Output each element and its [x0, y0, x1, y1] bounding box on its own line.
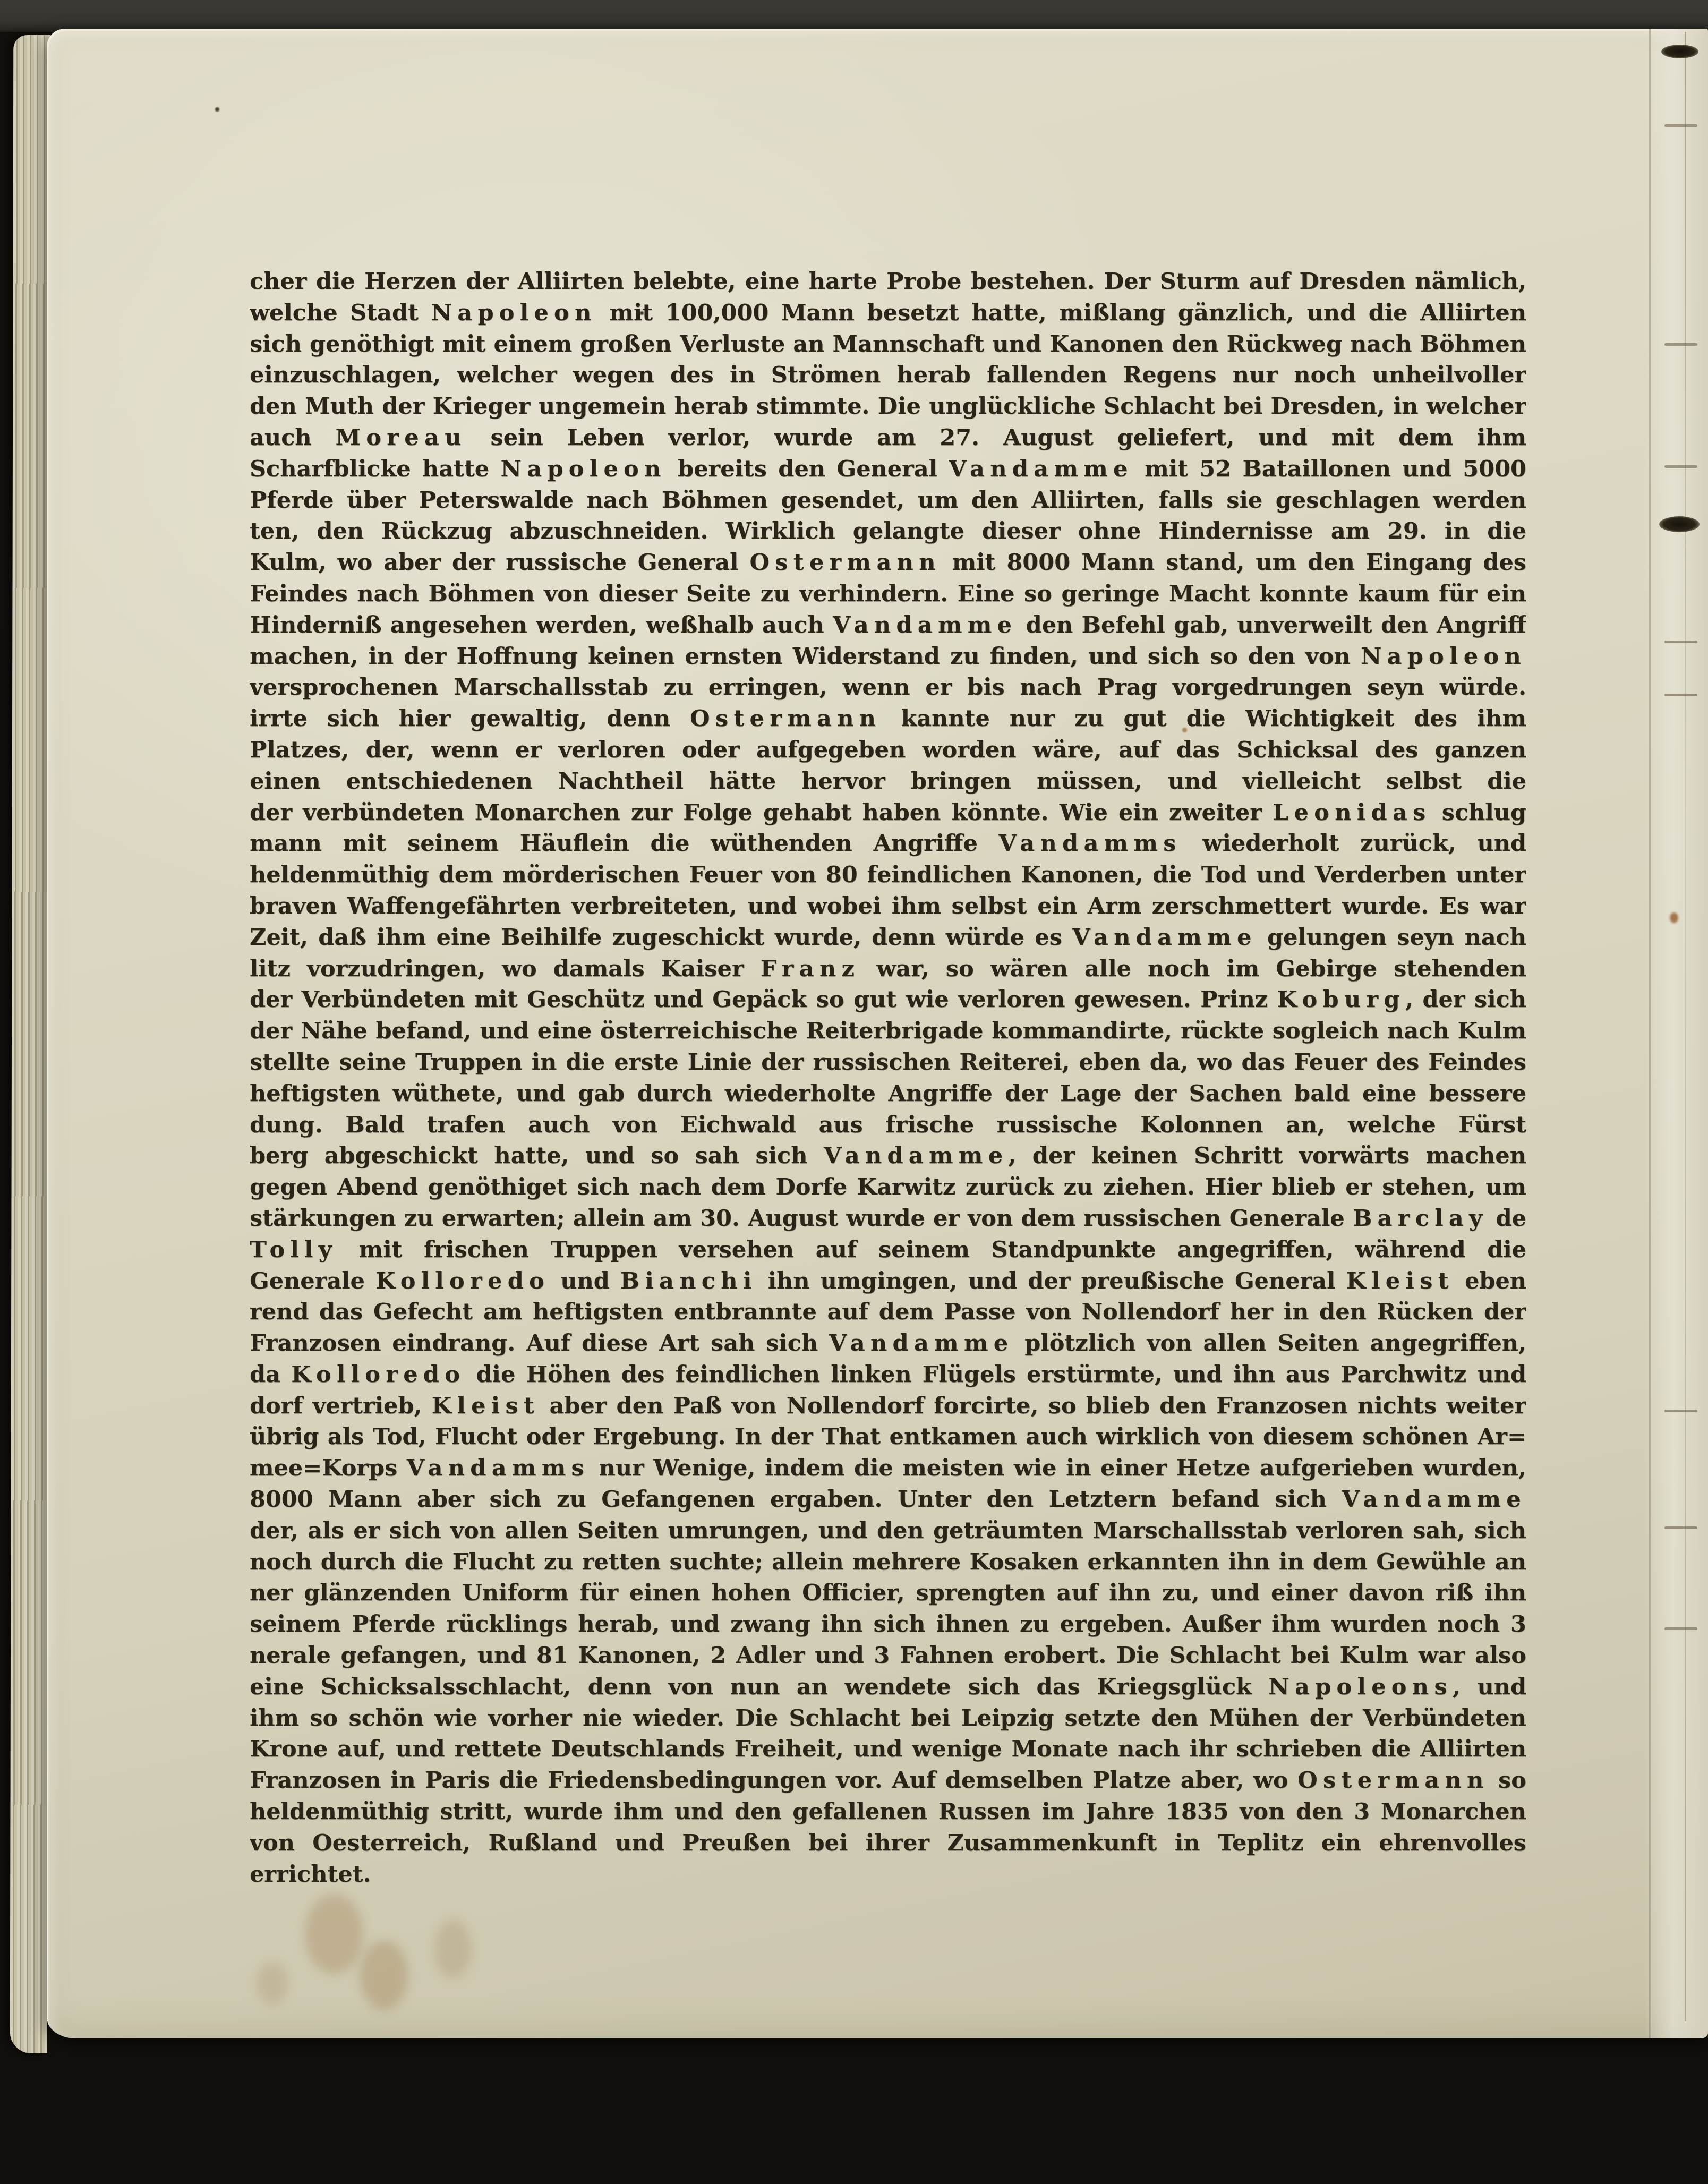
text-line: rend das Gefecht am heftigsten entbrannt…: [250, 1296, 1526, 1328]
text-line: dorf vertrieb, Kleist aber den Paß von N…: [250, 1390, 1526, 1422]
text-line: sich genöthigt mit einem großen Verluste…: [250, 329, 1526, 360]
text-line: der verbündeten Monarchen zur Folge geha…: [250, 797, 1526, 829]
text-line: Platzes, der, wenn er verloren oder aufg…: [250, 735, 1526, 766]
text-line: errichtet.: [250, 1859, 1526, 1890]
spaced-name: Vandamme: [829, 1330, 1013, 1357]
spaced-name: Kolloredo: [375, 1268, 550, 1294]
spaced-name: Bianchi: [620, 1268, 757, 1294]
stain: [434, 1919, 472, 1978]
text-line: ner glänzenden Uniform für einen hohen O…: [250, 1577, 1526, 1609]
text-line: Kulm, wo aber der russische General Oste…: [250, 547, 1526, 578]
stain: [360, 1941, 408, 2010]
text-line: stellte seine Truppen in die erste Linie…: [250, 1047, 1526, 1078]
text-line: heldenmüthig stritt, wurde ihm und den g…: [250, 1796, 1526, 1828]
text-line: Franzosen in Paris die Friedensbedingung…: [250, 1765, 1526, 1796]
text-line: eine Schicksalsschlacht, denn von nun an…: [250, 1671, 1526, 1703]
stain: [257, 1962, 288, 2004]
text-line: der Nähe befand, und eine österreichisch…: [250, 1016, 1526, 1047]
spaced-name: Koburg: [1277, 986, 1405, 1013]
gutter-band: [1644, 29, 1708, 2038]
spaced-name: Vandamme: [824, 1142, 1008, 1169]
text-line: einzuschlagen, welcher wegen des in Strö…: [250, 360, 1526, 391]
book-page: cher die Herzen der Alliirten belebte, e…: [47, 29, 1708, 2038]
text-line: Feindes nach Böhmen von dieser Seite zu …: [250, 578, 1526, 610]
spaced-name: Vandamme: [833, 612, 1017, 638]
text-line: irrte sich hier gewaltig, denn Ostermann…: [250, 703, 1526, 735]
spaced-name: Napoleon: [431, 300, 597, 326]
spaced-name: Vandamme: [949, 456, 1133, 482]
stitch-mark: [1664, 1627, 1697, 1630]
text-line: braven Waffengefährten verbreiteten, und…: [250, 891, 1526, 922]
text-line: mee=Korps Vandamms nur Wenige, indem die…: [250, 1453, 1526, 1484]
text-line: Hinderniß angesehen werden, weßhalb auch…: [250, 610, 1526, 641]
text-line: noch durch die Flucht zu retten suchte; …: [250, 1547, 1526, 1578]
spaced-name: Vandamms: [999, 830, 1182, 857]
speck: [215, 107, 219, 112]
text-line: auch Moreau sein Leben verlor, wurde am …: [250, 422, 1526, 454]
text-line: heldenmüthig dem mörderischen Feuer von …: [250, 859, 1526, 891]
spaced-name: Napoleon: [501, 456, 667, 482]
text-line: heftigsten wüthete, und gab durch wieder…: [250, 1078, 1526, 1110]
stitch-mark: [1661, 45, 1698, 58]
spaced-name: Vandamme: [1342, 1486, 1526, 1513]
stitch-mark: [1664, 465, 1697, 468]
text-line: Krone auf, und rettete Deutschlands Frei…: [250, 1734, 1526, 1765]
text-line: Tolly mit frischen Truppen versehen auf …: [250, 1234, 1526, 1266]
gutter-fold-line: [1685, 32, 1686, 2021]
stitch-mark: [1664, 124, 1697, 127]
spaced-name: Tolly: [250, 1236, 337, 1263]
text-line: von Oesterreich, Rußland und Preußen bei…: [250, 1828, 1526, 1859]
spaced-name: Moreau: [335, 424, 466, 451]
text-line: Zeit, daß ihm eine Beihilfe zugeschickt …: [250, 922, 1526, 953]
scanner-shadow-strip: [0, 0, 1708, 32]
text-line: Scharfblicke hatte Napoleon bereits den …: [250, 454, 1526, 485]
spaced-name: Napoleon: [1361, 643, 1526, 670]
spaced-name: Ostermann: [690, 705, 881, 732]
text-line: der, als er sich von allen Seiten umrung…: [250, 1515, 1526, 1547]
text-line: litz vorzudringen, wo damals Kaiser Fran…: [250, 953, 1526, 985]
page-edge-stack: [10, 35, 51, 2053]
spaced-name: Napoleons: [1268, 1674, 1453, 1700]
gutter-crease: [1649, 29, 1651, 2038]
text-line: ihm so schön wie vorher nie wieder. Die …: [250, 1703, 1526, 1734]
text-line: den Muth der Krieger ungemein herab stim…: [250, 391, 1526, 422]
page-text: cher die Herzen der Alliirten belebte, e…: [250, 266, 1526, 1890]
text-line: nerale gefangen, und 81 Kanonen, 2 Adler…: [250, 1640, 1526, 1671]
spaced-name: Barclay: [1353, 1205, 1488, 1232]
text-line: gegen Abend genöthiget sich nach dem Dor…: [250, 1172, 1526, 1203]
text-line: da Kolloredo die Höhen des feindlichen l…: [250, 1359, 1526, 1390]
text-line: dung. Bald trafen auch von Eichwald aus …: [250, 1110, 1526, 1141]
spaced-name: Ostermann: [749, 549, 941, 576]
text-line: seinem Pferde rücklings herab, und zwang…: [250, 1609, 1526, 1640]
spaced-name: Ostermann: [1297, 1767, 1489, 1794]
text-line: einen entschiedenen Nachtheil hätte herv…: [250, 766, 1526, 797]
stitch-mark: [1664, 1526, 1697, 1529]
text-line: versprochenen Marschallsstab zu erringen…: [250, 672, 1526, 703]
text-line: cher die Herzen der Alliirten belebte, e…: [250, 266, 1526, 297]
text-line: stärkungen zu erwarten; allein am 30. Au…: [250, 1203, 1526, 1234]
text-line: welche Stadt Napoleon mit 100,000 Mann b…: [250, 297, 1526, 329]
text-line: übrig als Tod, Flucht oder Ergebung. In …: [250, 1421, 1526, 1453]
stitch-mark: [1664, 641, 1697, 643]
stitch-mark: [1664, 694, 1697, 696]
spaced-name: Franz: [761, 955, 860, 982]
text-line: 8000 Mann aber sich zu Gefangenen ergabe…: [250, 1484, 1526, 1515]
text-line: Pferde über Peterswalde nach Böhmen gese…: [250, 485, 1526, 516]
spaced-name: Kleist: [432, 1393, 540, 1419]
text-line: der Verbündeten mit Geschütz und Gepäck …: [250, 984, 1526, 1016]
stitch-mark: [1659, 516, 1700, 532]
spaced-name: Vandamms: [407, 1455, 590, 1481]
text-line: ten, den Rückzug abzuschneiden. Wirklich…: [250, 516, 1526, 547]
stitch-mark: [1664, 1410, 1697, 1412]
scan-background: { "page": { "script": "German Fraktur, l…: [0, 0, 1708, 2184]
stain: [305, 1894, 363, 1974]
text-line: Franzosen eindrang. Auf diese Art sah si…: [250, 1328, 1526, 1359]
spaced-name: Leonidas: [1273, 799, 1431, 826]
text-line: mann mit seinem Häuflein die wüthenden A…: [250, 828, 1526, 859]
text-line: berg abgeschickt hatte, und so sah sich …: [250, 1140, 1526, 1172]
spaced-name: Vandamme: [1072, 924, 1257, 951]
text-line: Generale Kolloredo und Bianchi ihn umgin…: [250, 1266, 1526, 1297]
spaced-name: Kolloredo: [291, 1361, 465, 1388]
stitch-mark: [1664, 343, 1697, 346]
speck: [1670, 912, 1678, 923]
text-line: machen, in der Hoffnung keinen ernsten W…: [250, 641, 1526, 672]
spaced-name: Kleist: [1346, 1268, 1454, 1294]
